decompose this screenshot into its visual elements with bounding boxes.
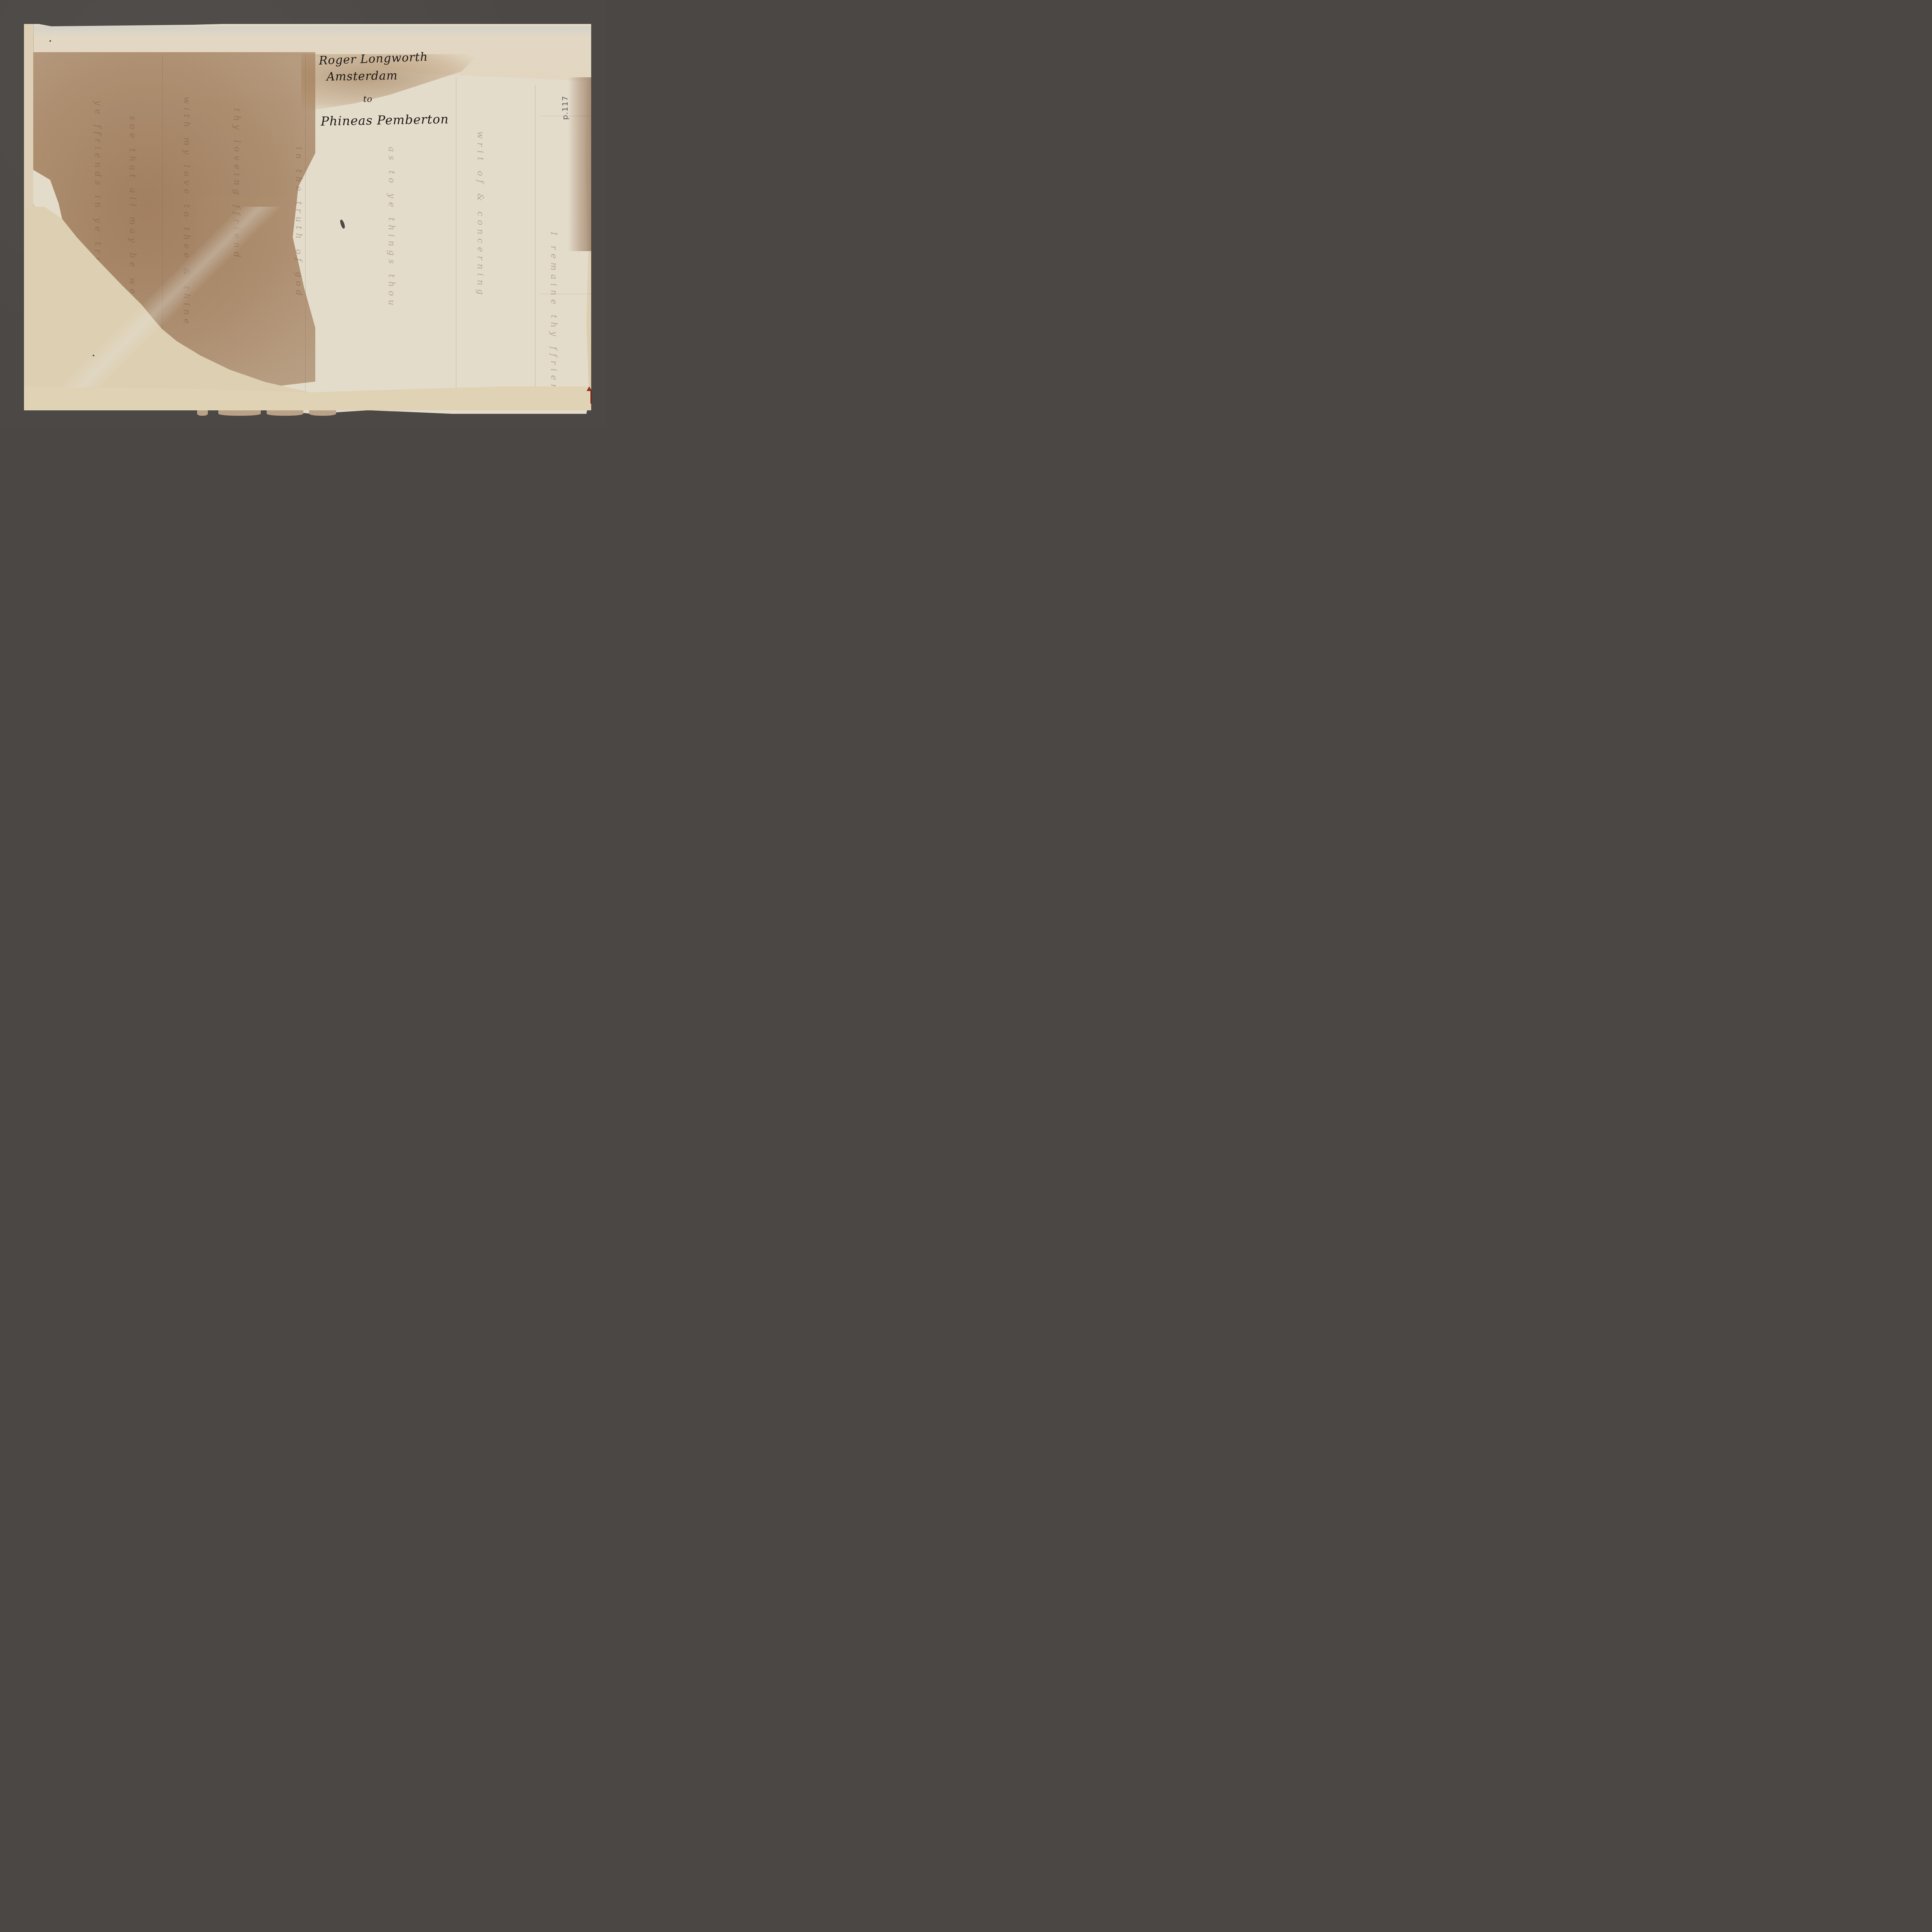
water-stain-right-edge — [568, 77, 591, 251]
paper-fragment — [218, 410, 261, 416]
bleed-through-text: I remaine thy ffriend — [549, 232, 558, 403]
fold-line — [456, 77, 456, 410]
bleed-through-text: thy loveing ffriend — [232, 108, 241, 261]
endorsement-connector: to — [363, 95, 372, 104]
wax-seal-edge — [590, 390, 592, 404]
archival-page-number: p.117 — [560, 96, 570, 120]
bleed-through-text: with my love to thee & thine — [182, 97, 191, 328]
fold-line — [535, 85, 536, 394]
paper-fragment — [197, 410, 208, 416]
paper-fragment — [267, 410, 303, 416]
paper-fragment — [309, 410, 336, 416]
bleed-through-text: in the truth of god — [294, 147, 303, 299]
bleed-through-text: soe that all may be well — [128, 116, 137, 311]
ink-speck — [93, 355, 94, 356]
endorsement-recipient: Phineas Pemberton — [321, 112, 449, 129]
ink-speck — [49, 40, 51, 42]
bleed-through-text: as to ye things thou — [386, 147, 396, 309]
fold-line — [305, 54, 306, 410]
tissue-top-band — [33, 26, 591, 38]
endorsement-place: Amsterdam — [327, 69, 398, 83]
bleed-through-text: writ of & concerning — [475, 131, 485, 298]
